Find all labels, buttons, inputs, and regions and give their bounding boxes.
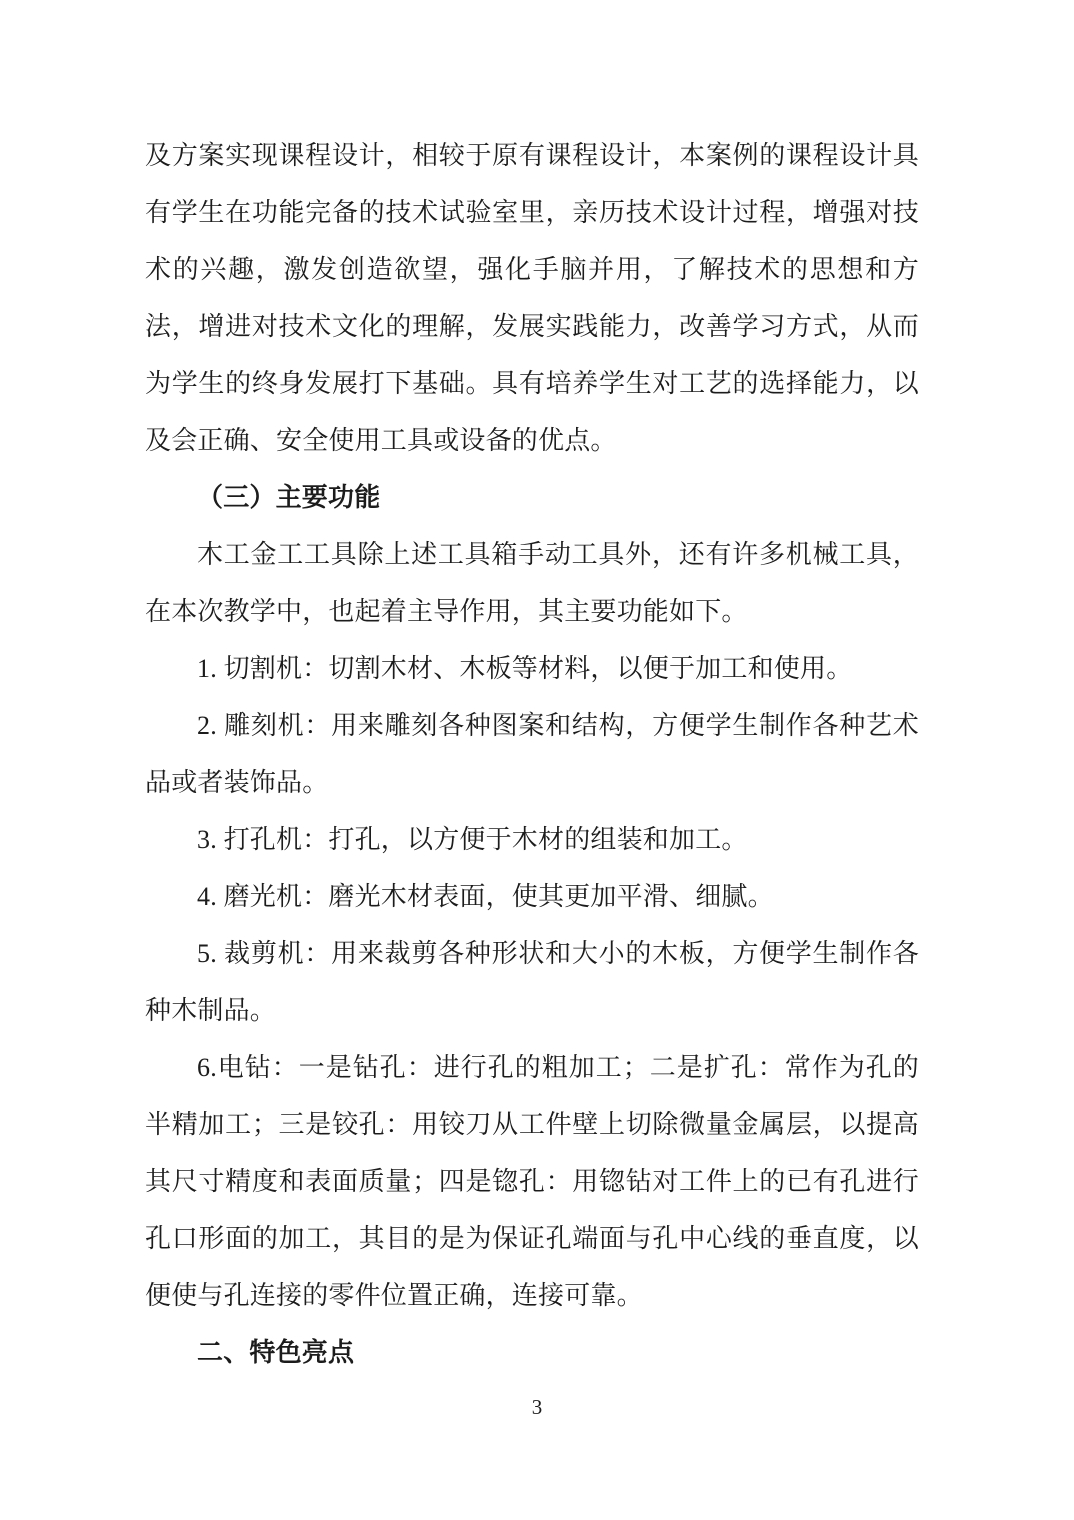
paragraph-continuation: 及方案实现课程设计，相较于原有课程设计，本案例的课程设计具有学生在功能完备的技术…	[145, 127, 919, 469]
paragraph-intro: 木工金工工具除上述工具箱手动工具外，还有许多机械工具，在本次教学中，也起着主导作…	[145, 526, 919, 640]
list-item-drilling-machine: 3. 打孔机：打孔，以方便于木材的组装和加工。	[145, 811, 919, 868]
section-heading-main-functions: （三）主要功能	[145, 469, 919, 526]
page-number: 3	[0, 1392, 1074, 1422]
list-item-engraving-machine: 2. 雕刻机：用来雕刻各种图案和结构，方便学生制作各种艺术品或者装饰品。	[145, 697, 919, 811]
list-item-polishing-machine: 4. 磨光机：磨光木材表面，使其更加平滑、细腻。	[145, 868, 919, 925]
list-item-cutting-machine: 1. 切割机：切割木材、木板等材料，以便于加工和使用。	[145, 640, 919, 697]
section-heading-features: 二、特色亮点	[145, 1324, 919, 1381]
document-page: 及方案实现课程设计，相较于原有课程设计，本案例的课程设计具有学生在功能完备的技术…	[0, 0, 1074, 1520]
list-item-electric-drill: 6.电钻：一是钻孔：进行孔的粗加工；二是扩孔：常作为孔的半精加工；三是铰孔：用铰…	[145, 1039, 919, 1324]
document-body: 及方案实现课程设计，相较于原有课程设计，本案例的课程设计具有学生在功能完备的技术…	[145, 127, 919, 1381]
list-item-shearing-machine: 5. 裁剪机：用来裁剪各种形状和大小的木板，方便学生制作各种木制品。	[145, 925, 919, 1039]
